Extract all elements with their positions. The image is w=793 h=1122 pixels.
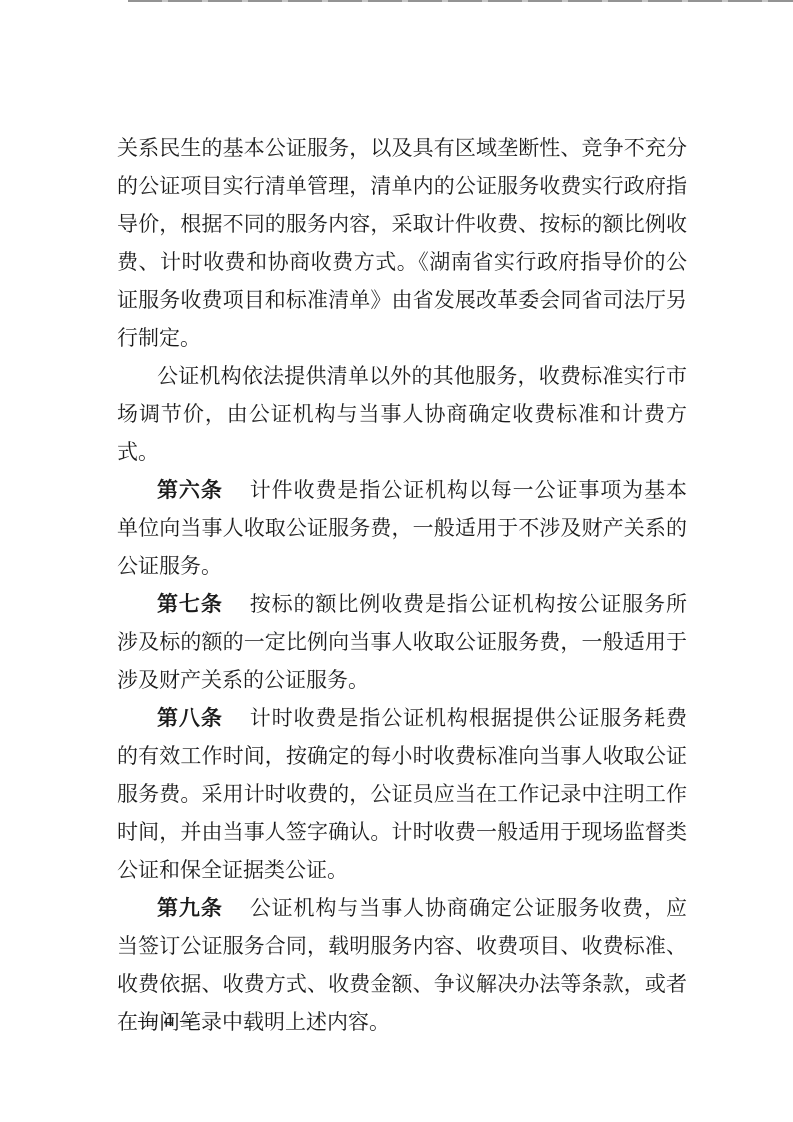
paragraph-text: 公证机构依法提供清单以外的其他服务，收费标准实行市场调节价，由公证机构与当事人协… — [117, 364, 687, 464]
paragraph-continuation: 关系民生的基本公证服务，以及具有区域垄断性、竞争不充分的公证项目实行清单管理，清… — [117, 129, 687, 357]
paragraph-article-9: 第九条公证机构与当事人协商确定公证服务收费，应当签订公证服务合同，载明服务内容、… — [117, 889, 687, 1041]
article-number: 第八条 — [157, 706, 223, 730]
paragraph-article-6: 第六条计件收费是指公证机构以每一公证事项为基本单位向当事人收取公证服务费，一般适… — [117, 471, 687, 585]
page-number: — 4 — — [138, 1006, 200, 1036]
article-number: 第六条 — [157, 478, 223, 502]
article-number: 第九条 — [157, 896, 223, 920]
article-number: 第七条 — [157, 592, 223, 616]
paragraph-market-price: 公证机构依法提供清单以外的其他服务，收费标准实行市场调节价，由公证机构与当事人协… — [117, 357, 687, 471]
paragraph-text: 计时收费是指公证机构根据提供公证服务耗费的有效工作时间，按确定的每小时收费标准向… — [117, 706, 687, 882]
document-body: 关系民生的基本公证服务，以及具有区域垄断性、竞争不充分的公证项目实行清单管理，清… — [117, 129, 687, 1041]
paragraph-text: 关系民生的基本公证服务，以及具有区域垄断性、竞争不充分的公证项目实行清单管理，清… — [117, 136, 687, 350]
scan-edge-artifact-line — [128, 0, 793, 2]
paragraph-article-7: 第七条按标的额比例收费是指公证机构按公证服务所涉及标的额的一定比例向当事人收取公… — [117, 585, 687, 699]
document-page: 关系民生的基本公证服务，以及具有区域垄断性、竞争不充分的公证项目实行清单管理，清… — [0, 0, 793, 1122]
paragraph-article-8: 第八条计时收费是指公证机构根据提供公证服务耗费的有效工作时间，按确定的每小时收费… — [117, 699, 687, 889]
